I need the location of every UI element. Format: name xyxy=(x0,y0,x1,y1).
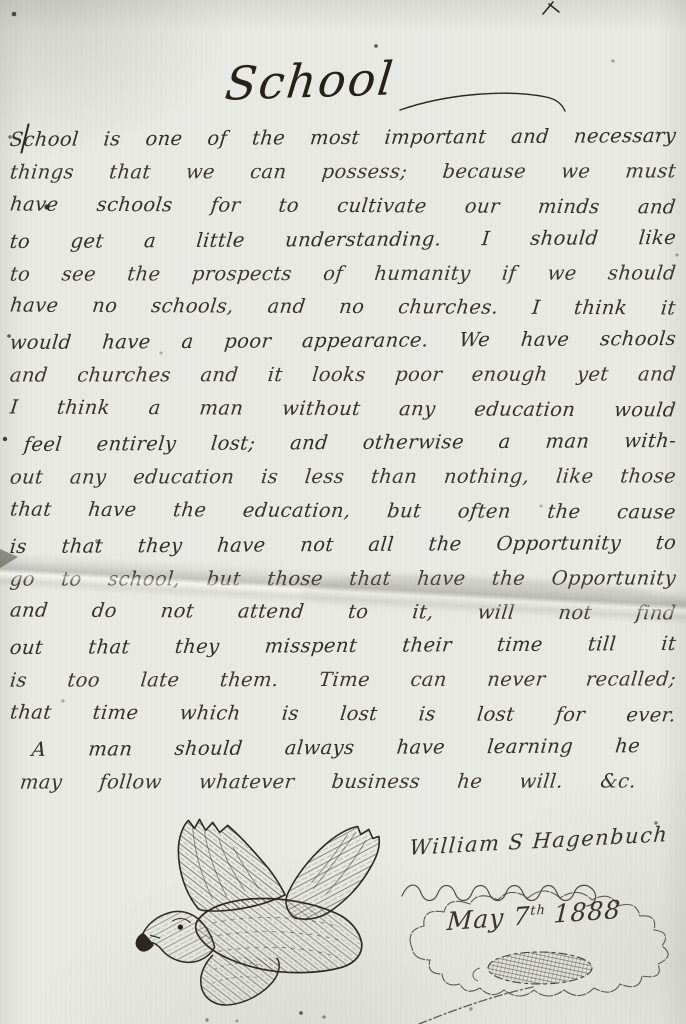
manuscript-line: A man should always have learning he xyxy=(8,729,678,767)
manuscript-line: have no schools, and no churches. I thin… xyxy=(8,289,677,326)
stray-pen-stroke xyxy=(415,984,537,1024)
manuscript-line: out that they misspent their time till i… xyxy=(8,627,678,665)
manuscript-line: to see the prospects of humanity if we s… xyxy=(8,256,678,291)
manuscript-line: would have a poor appearance. We have sc… xyxy=(8,322,678,360)
signature-date-month-day: May 7 xyxy=(446,901,531,936)
manuscript-line: that have the education, but often the c… xyxy=(8,492,677,529)
eagle-ink-sketch xyxy=(128,810,400,1012)
manuscript-line: out any education is less than nothing, … xyxy=(8,459,678,494)
signature-name: William S Hagenbuch xyxy=(395,821,682,860)
manuscript-line: may follow whatever business he will. &c… xyxy=(8,764,678,799)
signature-date-ordinal: th xyxy=(530,903,546,919)
manuscript-line: School is one of the most important and … xyxy=(8,119,678,157)
signature-date-year: 1888 xyxy=(553,895,622,929)
manuscript-line: feel entirely lost; and otherwise a man … xyxy=(8,424,678,462)
paper-specks xyxy=(0,0,2,2)
manuscript-body: School is one of the most important and … xyxy=(10,121,676,799)
manuscript-line: things that we can possess; because we m… xyxy=(8,154,678,189)
manuscript-line: that time which is lost is lost for ever… xyxy=(8,696,677,733)
manuscript-line: is too late them. Time can never recalle… xyxy=(8,663,678,698)
paper-fold-edge-notch xyxy=(0,549,18,568)
manuscript-line: to get a little understanding. I should … xyxy=(8,221,678,259)
manuscript-page: School School is one of the most importa… xyxy=(0,0,686,1024)
corner-pen-mark xyxy=(540,0,562,16)
manuscript-line: and churches and it looks poor enough ye… xyxy=(8,358,678,393)
manuscript-line: have schools for to cultivate our minds … xyxy=(8,187,677,224)
title-flourish xyxy=(398,88,570,118)
manuscript-line: I think a man without any education woul… xyxy=(8,391,677,428)
